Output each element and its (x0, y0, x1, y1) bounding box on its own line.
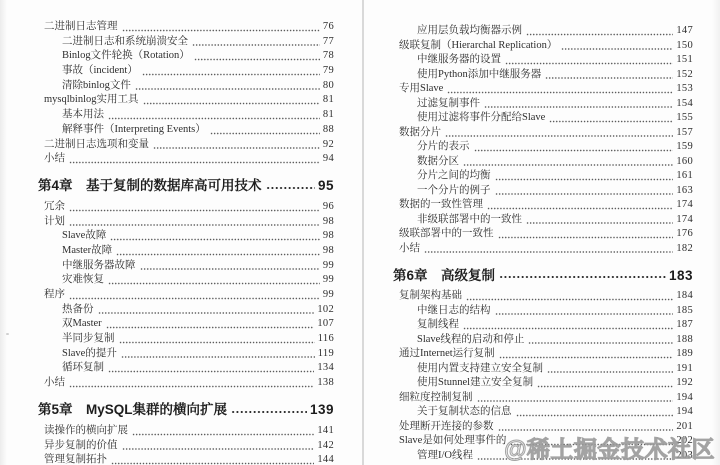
toc-entry-page-number: 134 (317, 361, 334, 374)
toc-entry-title: 使用内置支持建立安全复制 (417, 362, 543, 375)
dot-leader (69, 376, 314, 391)
toc-entry-page-number: 187 (676, 318, 693, 331)
toc-entry-page-number: 78 (323, 49, 334, 62)
dot-leader (121, 347, 315, 362)
toc-entry: 热备份102 (38, 303, 334, 318)
toc-entry-page-number: 161 (676, 169, 693, 182)
toc-entry: 非级联部署中的一致性174 (393, 213, 693, 228)
toc-entry: 异步复制的价值142 (38, 439, 334, 454)
toc-entry-title: 解释事件（Interpreting Events） (62, 123, 206, 136)
toc-entry: 双Master107 (38, 317, 334, 332)
toc-entry-title: 二进制日志选项和变量 (44, 138, 149, 151)
toc-entry: 灾难恢复99 (38, 273, 334, 288)
toc-entry-title: 复制线程 (417, 318, 459, 331)
toc-entry: 关于复制状态的信息194 (393, 405, 693, 420)
toc-entry: 冗余96 (38, 200, 334, 215)
toc-entry-page-number: 183 (669, 269, 693, 282)
toc-entry-page-number: 194 (676, 391, 693, 404)
toc-entry-title: 关于复制状态的信息 (417, 405, 512, 418)
toc-entry: 使用Python添加中继服务器152 (393, 68, 693, 83)
dot-leader (516, 405, 674, 420)
toc-entry: 数据的一致性管理174 (393, 198, 693, 213)
toc-entry-page-number: 79 (323, 64, 334, 77)
toc-entry-page-number: 138 (317, 376, 334, 389)
toc-chapter-entry: 第5章 MySQL集群的横向扩展139 (38, 391, 334, 424)
toc-entry-title: Slave是如何处理事件的 (399, 434, 506, 447)
toc-entry-title: 分片的表示 (417, 140, 470, 153)
toc-entry-title: 第5章 MySQL集群的横向扩展 (38, 403, 227, 416)
dot-leader (110, 229, 320, 244)
toc-entry-page-number: 150 (676, 39, 693, 52)
dot-leader (108, 361, 314, 376)
toc-entry-page-number: 160 (676, 155, 693, 168)
toc-entry: 读操作的横向扩展141 (38, 424, 334, 439)
toc-entry-title: 级联部署中的一致性 (399, 227, 494, 240)
toc-entry-page-number: 157 (676, 126, 693, 139)
dot-leader (487, 198, 673, 213)
toc-entry: 小结94 (38, 152, 334, 167)
toc-entry-title: 细粒度控制复制 (399, 391, 473, 404)
dot-leader (231, 396, 307, 424)
toc-entry-title: 热备份 (62, 303, 94, 316)
toc-entry-page-number: 94 (323, 152, 334, 165)
toc-entry-title: 过滤复制事件 (417, 97, 480, 110)
toc-entry-title: 第4章 基于复制的数据库高可用技术 (38, 179, 262, 192)
toc-entry-title: 中继服务器故障 (62, 259, 136, 272)
toc-entry: 循环复制134 (38, 361, 334, 376)
toc-entry-page-number: 182 (676, 242, 693, 255)
dot-leader (545, 68, 673, 83)
toc-entry: 半同步复制116 (38, 332, 334, 347)
toc-entry-title: 一个分片的例子 (417, 184, 491, 197)
dot-leader (561, 39, 673, 54)
dot-leader (495, 169, 674, 184)
toc-entry: 小结182 (393, 242, 693, 257)
toc-entry-title: 通过Internet运行复制 (399, 347, 495, 360)
toc-entry-page-number: 98 (323, 215, 334, 228)
toc-entry: Master故障98 (38, 244, 334, 259)
toc-entry-page-number: 144 (317, 453, 334, 465)
toc-entry-title: 数据分区 (417, 155, 459, 168)
toc-column-right: 应用层负载均衡器示例147级联复制（Hierarchal Replication… (393, 0, 693, 463)
dot-leader (116, 244, 320, 259)
toc-entry-title: mysqlbinlog实用工具 (44, 93, 139, 106)
toc-entry-page-number: 76 (323, 20, 334, 33)
toc-entry-title: 读操作的横向扩展 (44, 424, 128, 437)
toc-entry-title: 基本用法 (62, 108, 104, 121)
toc-entry-page-number: 81 (323, 93, 334, 106)
toc-entry: 清除binlog文件80 (38, 79, 334, 94)
page-gutter-divider (362, 0, 364, 465)
toc-entry-title: Slave线程的启动和停止 (417, 333, 524, 346)
dot-leader (142, 64, 320, 79)
toc-entry: 中继日志的结构185 (393, 304, 693, 319)
dot-leader (447, 82, 673, 97)
dot-leader (111, 453, 314, 465)
toc-entry: 管理复制拓扑144 (38, 453, 334, 465)
toc-entry-title: 数据分片 (399, 126, 441, 139)
dot-leader (495, 184, 674, 199)
dot-leader (69, 288, 320, 303)
dot-leader (106, 317, 315, 332)
toc-entry-page-number: 99 (323, 288, 334, 301)
dot-leader (69, 152, 320, 167)
toc-entry-title: 处理断开连接的参数 (399, 420, 494, 433)
dot-leader (108, 108, 320, 123)
toc-entry: 复制线程187 (393, 318, 693, 333)
toc-entry-title: 中继服务器的设置 (417, 53, 501, 66)
dot-leader (192, 35, 320, 50)
toc-entry: 二进制日志管理76 (38, 20, 334, 35)
toc-entry: 细粒度控制复制194 (393, 391, 693, 406)
toc-entry: 二进制日志和系统崩溃安全77 (38, 35, 334, 50)
dot-leader (445, 126, 673, 141)
toc-entry-page-number: 147 (676, 24, 693, 37)
toc-entry: 使用Stunnel建立安全复制192 (393, 376, 693, 391)
dot-leader (477, 391, 674, 406)
toc-entry: 分片之间的均衡161 (393, 169, 693, 184)
toc-chapter-entry: 第6章 高级复制183 (393, 256, 693, 289)
toc-entry-title: Slave故障 (62, 229, 106, 242)
toc-entry-page-number: 163 (676, 184, 693, 197)
toc-entry: 二进制日志选项和变量92 (38, 138, 334, 153)
toc-entry-page-number: 192 (676, 376, 693, 389)
toc-entry: 基本用法81 (38, 108, 334, 123)
toc-entry-title: 使用过滤将事件分配给Slave (417, 111, 545, 124)
toc-entry-page-number: 176 (676, 227, 693, 240)
dot-leader (463, 155, 673, 170)
dot-leader (98, 303, 315, 318)
toc-entry-page-number: 154 (676, 97, 693, 110)
toc-entry-page-number: 119 (318, 347, 334, 360)
dot-leader (495, 304, 674, 319)
toc-entry-page-number: 96 (323, 200, 334, 213)
toc-entry-page-number: 88 (323, 123, 334, 136)
toc-entry-title: 循环复制 (62, 361, 104, 374)
toc-entry: 计划98 (38, 215, 334, 230)
toc-entry: 级联部署中的一致性176 (393, 227, 693, 242)
toc-entry-title: 专用Slave (399, 82, 443, 95)
toc-entry-page-number: 80 (323, 79, 334, 92)
toc-page: 二进制日志管理76二进制日志和系统崩溃安全77Binlog文件轮换（Rotati… (0, 0, 720, 465)
toc-entry: 小结138 (38, 376, 334, 391)
toc-entry: 级联复制（Hierarchal Replication）150 (393, 39, 693, 54)
toc-entry-title: 第6章 高级复制 (393, 269, 495, 282)
toc-entry-title: 管理I/O线程 (417, 449, 473, 462)
toc-entry: Slave故障98 (38, 229, 334, 244)
dot-leader (537, 376, 673, 391)
toc-column-left: 二进制日志管理76二进制日志和系统崩溃安全77Binlog文件轮换（Rotati… (38, 0, 334, 465)
dot-leader (108, 273, 320, 288)
toc-entry-page-number: 151 (676, 53, 693, 66)
dot-leader (153, 138, 320, 153)
toc-entry-title: 二进制日志和系统崩溃安全 (62, 35, 188, 48)
dot-leader (528, 333, 673, 348)
toc-entry-page-number: 98 (323, 244, 334, 257)
toc-entry-title: 冗余 (44, 200, 65, 213)
toc-entry: 事故（incident）79 (38, 64, 334, 79)
toc-entry-title: 非级联部署中的一致性 (417, 213, 522, 226)
toc-entry: 通过Internet运行复制189 (393, 347, 693, 362)
toc-entry-page-number: 107 (317, 317, 334, 330)
toc-entry: 使用内置支持建立安全复制191 (393, 362, 693, 377)
toc-entry-title: 清除binlog文件 (62, 79, 131, 92)
toc-entry-page-number: 185 (676, 304, 693, 317)
toc-entry-page-number: 188 (676, 333, 693, 346)
toc-entry-page-number: 142 (317, 439, 334, 452)
toc-entry: 数据分区160 (393, 155, 693, 170)
dot-leader (474, 140, 674, 155)
toc-entry-page-number: 102 (317, 303, 334, 316)
toc-entry-title: 数据的一致性管理 (399, 198, 483, 211)
toc-entry: 数据分片157 (393, 126, 693, 141)
dot-leader (424, 242, 673, 257)
toc-entry-title: Slave的提升 (62, 347, 117, 360)
dot-leader (526, 213, 673, 228)
dot-leader (498, 227, 674, 242)
toc-entry-title: 小结 (399, 242, 420, 255)
toc-entry-title: 使用Python添加中继服务器 (417, 68, 541, 81)
toc-entry: 解释事件（Interpreting Events）88 (38, 123, 334, 138)
toc-entry-title: 双Master (62, 317, 102, 330)
toc-entry: 使用过滤将事件分配给Slave155 (393, 111, 693, 126)
dot-leader (119, 332, 315, 347)
toc-entry-page-number: 141 (317, 424, 334, 437)
toc-entry: 程序99 (38, 288, 334, 303)
dot-leader (194, 49, 320, 64)
toc-entry: 复制架构基础184 (393, 289, 693, 304)
toc-entry-title: 应用层负载均衡器示例 (417, 24, 522, 37)
toc-entry: 分片的表示159 (393, 140, 693, 155)
toc-entry-page-number: 153 (676, 82, 693, 95)
toc-entry-page-number: 191 (676, 362, 693, 375)
dot-leader (484, 97, 673, 112)
toc-entry-page-number: 174 (676, 213, 693, 226)
toc-entry: Slave的提升119 (38, 347, 334, 362)
dot-leader (505, 53, 673, 68)
dot-leader (463, 318, 673, 333)
toc-entry-page-number: 95 (318, 179, 334, 192)
toc-entry: 中继服务器故障99 (38, 259, 334, 274)
dot-leader (466, 289, 673, 304)
toc-entry-page-number: 116 (318, 332, 334, 345)
dot-leader (549, 111, 673, 126)
toc-entry-page-number: 81 (323, 108, 334, 121)
toc-entry: 应用层负载均衡器示例147 (393, 24, 693, 39)
toc-entry: 一个分片的例子163 (393, 184, 693, 199)
dot-leader (499, 261, 666, 289)
dot-leader (69, 215, 320, 230)
toc-entry: Slave线程的启动和停止188 (393, 333, 693, 348)
dot-leader (135, 79, 320, 94)
toc-entry-title: 分片之间的均衡 (417, 169, 491, 182)
toc-entry: 专用Slave153 (393, 82, 693, 97)
toc-entry-page-number: 98 (323, 229, 334, 242)
dot-leader (132, 424, 314, 439)
toc-entry-page-number: 184 (676, 289, 693, 302)
toc-entry: 中继服务器的设置151 (393, 53, 693, 68)
toc-entry-title: Binlog文件轮换（Rotation） (62, 49, 190, 62)
toc-entry-title: 二进制日志管理 (44, 20, 118, 33)
toc-entry-page-number: 92 (323, 138, 334, 151)
toc-entry-page-number: 189 (676, 347, 693, 360)
toc-entry-page-number: 174 (676, 198, 693, 211)
toc-entry-page-number: 99 (323, 259, 334, 272)
toc-chapter-entry: 第4章 基于复制的数据库高可用技术95 (38, 167, 334, 200)
toc-entry-page-number: 159 (676, 140, 693, 153)
dot-leader (266, 172, 315, 200)
toc-entry-title: 复制架构基础 (399, 289, 462, 302)
toc-entry-title: 小结 (44, 376, 65, 389)
watermark-text: @稀土掘金技术社区 (504, 431, 715, 464)
dot-leader (122, 439, 315, 454)
toc-entry-page-number: 152 (676, 68, 693, 81)
toc-entry-title: 管理复制拓扑 (44, 453, 107, 465)
toc-entry-title: 异步复制的价值 (44, 439, 118, 452)
scan-speck (6, 333, 9, 335)
dot-leader (526, 24, 673, 39)
toc-entry: mysqlbinlog实用工具81 (38, 93, 334, 108)
toc-entry-title: 事故（incident） (62, 64, 138, 77)
toc-entry-title: 使用Stunnel建立安全复制 (417, 376, 533, 389)
toc-entry-title: Master故障 (62, 244, 112, 257)
dot-leader (210, 123, 320, 138)
toc-entry-title: 灾难恢复 (62, 273, 104, 286)
dot-leader (143, 93, 320, 108)
toc-entry-title: 程序 (44, 288, 65, 301)
toc-entry-title: 半同步复制 (62, 332, 115, 345)
toc-entry-page-number: 139 (310, 403, 334, 416)
toc-entry-title: 小结 (44, 152, 65, 165)
toc-entry-page-number: 194 (676, 405, 693, 418)
toc-entry: 过滤复制事件154 (393, 97, 693, 112)
dot-leader (122, 20, 320, 35)
dot-leader (140, 259, 320, 274)
dot-leader (547, 362, 673, 377)
toc-entry-title: 计划 (44, 215, 65, 228)
dot-leader (69, 200, 320, 215)
toc-entry-page-number: 155 (676, 111, 693, 124)
dot-leader (499, 347, 674, 362)
toc-entry-title: 级联复制（Hierarchal Replication） (399, 39, 557, 52)
toc-entry-title: 中继日志的结构 (417, 304, 491, 317)
toc-entry-page-number: 99 (323, 273, 334, 286)
toc-entry-page-number: 77 (323, 35, 334, 48)
toc-entry: Binlog文件轮换（Rotation）78 (38, 49, 334, 64)
